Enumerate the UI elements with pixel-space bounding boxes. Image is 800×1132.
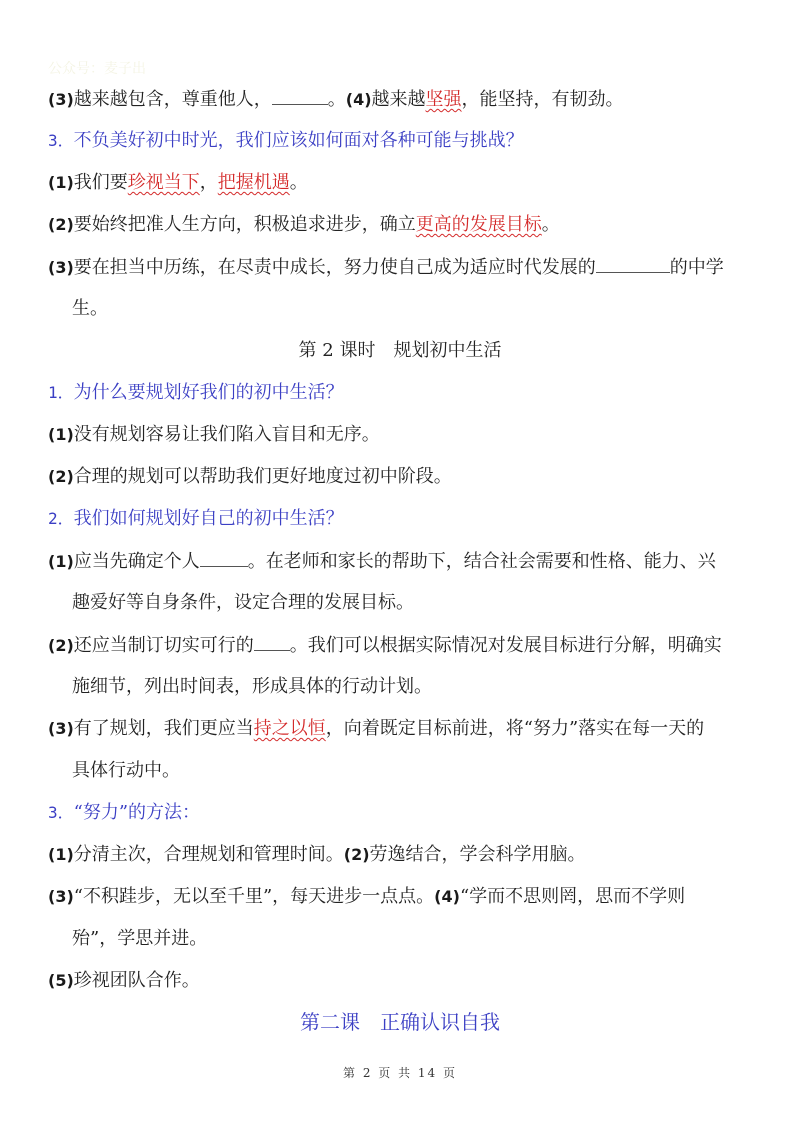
item-number: (1) xyxy=(48,425,74,444)
text: “学而不思则罔，思而不学则 xyxy=(460,886,685,907)
text: ， xyxy=(200,172,218,193)
item-number: (3) xyxy=(48,719,74,738)
text: 合理的规划可以帮助我们更好地度过初中阶段。 xyxy=(74,466,452,487)
question-heading: 1．为什么要规划好我们的初中生活？ xyxy=(48,382,760,404)
item-number: (3) xyxy=(48,258,74,277)
item-number: (4) xyxy=(346,90,372,109)
text: 越来越包含，尊重他人， xyxy=(74,89,272,110)
text: 。 xyxy=(542,214,560,235)
question-number: 3． xyxy=(48,803,74,822)
text: 的中学 xyxy=(670,257,724,278)
answer-continuation: 生。 xyxy=(72,298,760,320)
text: 。 xyxy=(290,172,308,193)
item-number: (2) xyxy=(48,215,74,234)
key-term: 把握机遇 xyxy=(218,172,290,193)
item-number: (2) xyxy=(48,636,74,655)
answer-continuation: 施细节，列出时间表，形成具体的行动计划。 xyxy=(72,676,760,698)
answer-line: (2)要始终把准人生方向，积极追求进步，确立更高的发展目标。 xyxy=(48,214,760,236)
answer-line: (2)还应当制订切实可行的。我们可以根据实际情况对发展目标进行分解，明确实 xyxy=(48,634,760,657)
text: 分清主次，合理规划和管理时间。 xyxy=(74,844,344,865)
key-term: 持之以恒 xyxy=(254,718,326,739)
answer-line: (2)合理的规划可以帮助我们更好地度过初中阶段。 xyxy=(48,466,760,488)
text: 珍视团队合作。 xyxy=(74,970,200,991)
lesson-title: 第二课 正确认识自我 xyxy=(0,1011,800,1033)
text: 。 xyxy=(328,89,346,110)
page-footer: 第 2 页 共 14 页 xyxy=(0,1064,800,1081)
fill-blank xyxy=(200,550,248,567)
text: ，向着既定目标前进，将“努力”落实在每一天的 xyxy=(326,718,704,739)
answer-line: (3)要在担当中历练，在尽责中成长，努力使自己成为适应时代发展的的中学 xyxy=(48,256,760,279)
section-title: 第 2 课时 规划初中生活 xyxy=(0,340,800,362)
key-term: 珍视当下 xyxy=(128,172,200,193)
item-number: (4) xyxy=(434,887,460,906)
question-heading: 3．“努力”的方法： xyxy=(48,802,760,824)
answer-line: (1)分清主次，合理规划和管理时间。(2)劳逸结合，学会科学用脑。 xyxy=(48,844,760,866)
fill-blank xyxy=(254,634,290,651)
answer-line: (1)没有规划容易让我们陷入盲目和无序。 xyxy=(48,424,760,446)
question-number: 1． xyxy=(48,383,74,402)
key-term: 更高的发展目标 xyxy=(416,214,542,235)
question-heading: 2．我们如何规划好自己的初中生活？ xyxy=(48,508,760,530)
question-text: 我们如何规划好自己的初中生活？ xyxy=(74,508,344,529)
fill-blank xyxy=(596,256,670,273)
question-text: 不负美好初中时光，我们应该如何面对各种可能与挑战？ xyxy=(74,130,524,151)
text: 没有规划容易让我们陷入盲目和无序。 xyxy=(74,424,380,445)
text: 劳逸结合，学会科学用脑。 xyxy=(370,844,586,865)
text: 。我们可以根据实际情况对发展目标进行分解，明确实 xyxy=(290,635,722,656)
item-number: (1) xyxy=(48,845,74,864)
item-number: (5) xyxy=(48,971,74,990)
question-heading: 3．不负美好初中时光，我们应该如何面对各种可能与挑战？ xyxy=(48,130,760,152)
item-number: (3) xyxy=(48,887,74,906)
answer-line-3-4: (3)越来越包含，尊重他人，。(4)越来越坚强，能坚持，有韧劲。 xyxy=(48,88,760,111)
answer-line: (1)我们要珍视当下，把握机遇。 xyxy=(48,172,760,194)
item-number: (2) xyxy=(344,845,370,864)
answer-line: (3)“不积跬步，无以至千里”，每天进步一点点。(4)“学而不思则罔，思而不学则 xyxy=(48,886,760,908)
text: 还应当制订切实可行的 xyxy=(74,635,254,656)
answer-line: (1)应当先确定个人。在老师和家长的帮助下，结合社会需要和性格、能力、兴 xyxy=(48,550,760,573)
text: 有了规划，我们更应当 xyxy=(74,718,254,739)
question-number: 2． xyxy=(48,509,74,528)
answer-line: (3)有了规划，我们更应当持之以恒，向着既定目标前进，将“努力”落实在每一天的 xyxy=(48,718,760,740)
text: 。在老师和家长的帮助下，结合社会需要和性格、能力、兴 xyxy=(248,551,716,572)
answer-line: (5)珍视团队合作。 xyxy=(48,970,760,992)
key-term: 坚强 xyxy=(426,89,462,110)
item-number: (2) xyxy=(48,467,74,486)
item-number: (1) xyxy=(48,552,74,571)
text: 越来越 xyxy=(372,89,426,110)
answer-continuation: 殆”，学思并进。 xyxy=(72,928,760,950)
item-number: (3) xyxy=(48,90,74,109)
answer-continuation: 具体行动中。 xyxy=(72,760,760,782)
question-text: 为什么要规划好我们的初中生活？ xyxy=(74,382,344,403)
text: 应当先确定个人 xyxy=(74,551,200,572)
fill-blank xyxy=(272,88,328,105)
item-number: (1) xyxy=(48,173,74,192)
text: “不积跬步，无以至千里”，每天进步一点点。 xyxy=(74,886,434,907)
text: 我们要 xyxy=(74,172,128,193)
answer-continuation: 趣爱好等自身条件，设定合理的发展目标。 xyxy=(72,592,760,614)
text: 要始终把准人生方向，积极追求进步，确立 xyxy=(74,214,416,235)
question-text: “努力”的方法： xyxy=(74,802,200,823)
question-number: 3． xyxy=(48,131,74,150)
text: 要在担当中历练，在尽责中成长，努力使自己成为适应时代发展的 xyxy=(74,257,596,278)
text: ，能坚持，有韧劲。 xyxy=(462,89,624,110)
watermark: 公众号：麦子出 xyxy=(48,58,146,78)
